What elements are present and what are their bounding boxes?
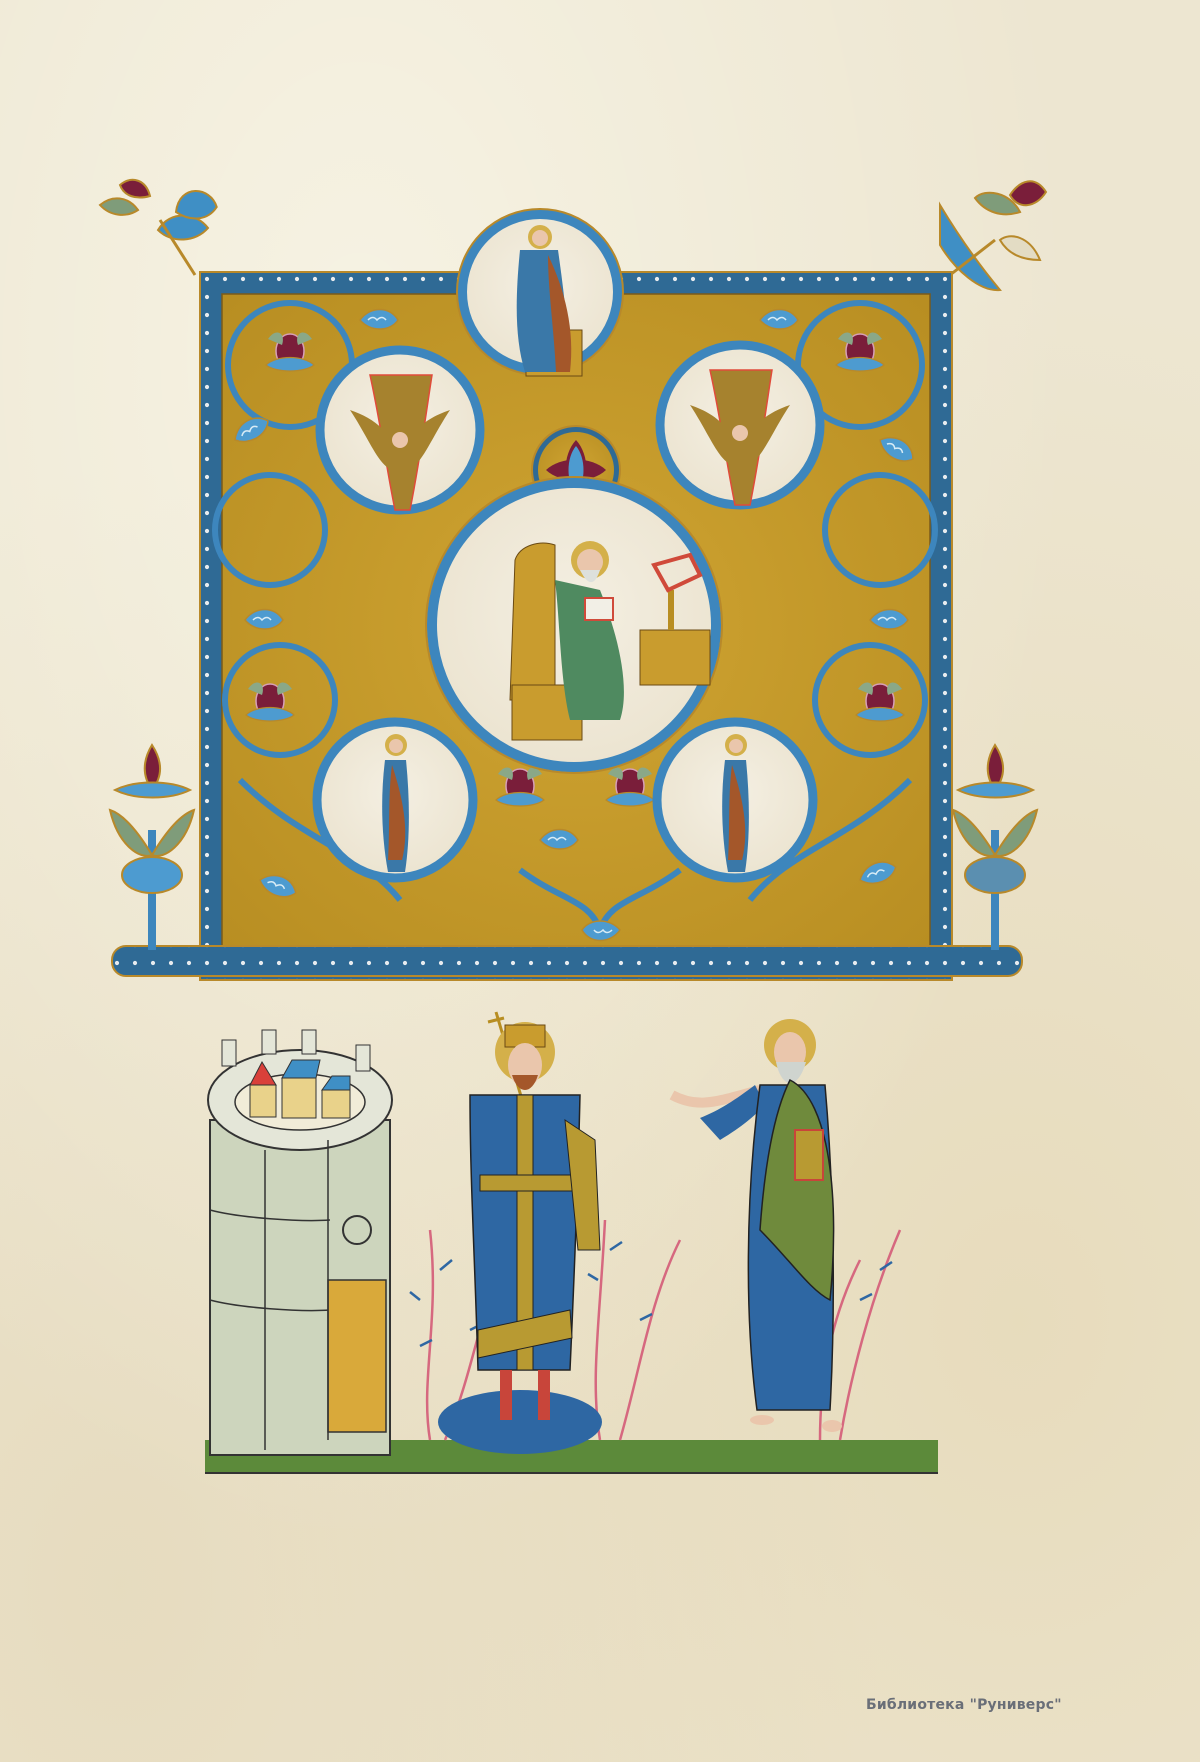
manuscript-page: Библиотека "Руниверс": [0, 0, 1200, 1762]
miniature-scene: [205, 1012, 938, 1473]
illumination-artwork: [0, 0, 1200, 1762]
finial-right: [953, 745, 1037, 950]
medallion-top: [457, 209, 623, 376]
medallion-center: [426, 477, 722, 773]
medallion-upper-right: [660, 345, 820, 505]
tower-city: [208, 1030, 392, 1455]
apostle-figure: [672, 1019, 842, 1432]
finial-top-left: [100, 180, 219, 275]
medallion-lower-right: [657, 722, 813, 878]
library-watermark: Библиотека "Руниверс": [866, 1697, 1062, 1713]
medallion-lower-left: [317, 722, 473, 878]
finial-left: [110, 745, 194, 950]
medallion-upper-left: [320, 350, 480, 510]
finial-top-right: [940, 181, 1046, 290]
